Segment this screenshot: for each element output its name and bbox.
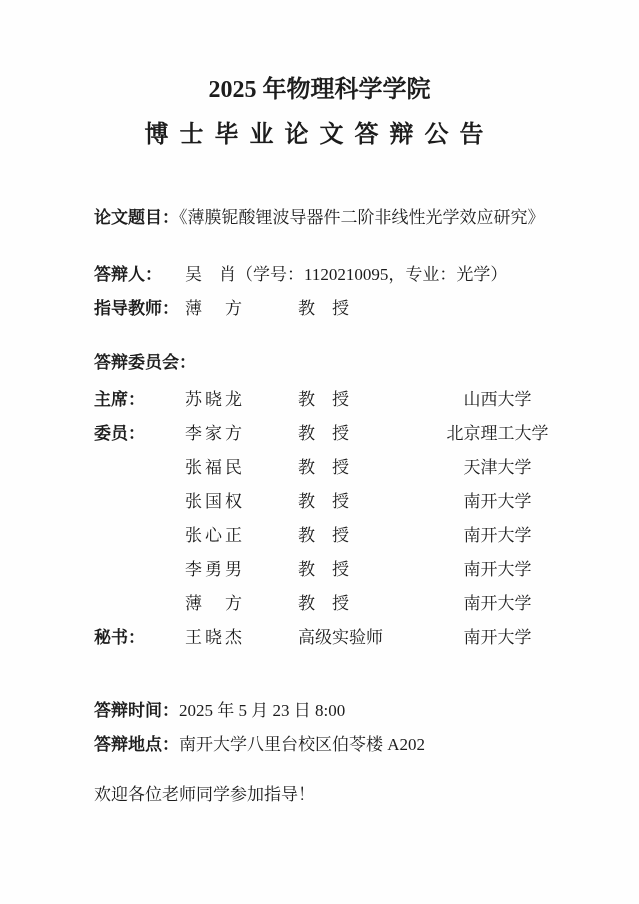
committee-member-title: 教 授 — [298, 521, 398, 546]
committee-member-title: 教 授 — [298, 555, 398, 580]
committee-member-title: 教 授 — [298, 589, 398, 614]
defendant-label: 答辩人： — [94, 260, 185, 285]
committee-member-name: 苏晓龙 — [185, 385, 298, 410]
committee-heading: 答辩委员会： — [94, 346, 597, 380]
committee-member-title: 教 授 — [298, 487, 398, 512]
committee-member-name: 张心正 — [185, 521, 298, 546]
committee-member-name: 张福民 — [185, 453, 298, 478]
committee-role: 秘书： — [94, 623, 185, 648]
thesis-topic-value: 《薄膜铌酸锂波导器件二阶非线性光学效应研究》 — [179, 208, 545, 227]
committee-member-name: 李勇男 — [185, 555, 298, 580]
defendant-value: 吴 肖（学号：1120210095，专业：光学） — [185, 260, 597, 285]
committee-member-affiliation: 北京理工大学 — [398, 419, 597, 444]
committee-member-affiliation: 南开大学 — [398, 555, 597, 580]
committee-row: 李勇男 教 授 南开大学 — [94, 550, 597, 584]
advisor-title: 教 授 — [298, 294, 398, 319]
defense-time-line: 答辩时间：2025 年 5 月 23 日 8:00 — [94, 691, 597, 725]
committee-role: 委员： — [94, 419, 185, 444]
document-title-line1: 2025 年物理科学学院 — [0, 0, 639, 106]
committee-row: 委员： 李家方 教 授 北京理工大学 — [94, 414, 597, 448]
closing-invitation: 欢迎各位老师同学参加指导！ — [94, 778, 597, 812]
committee-member-name: 薄 方 — [185, 589, 298, 614]
committee-member-name: 张国权 — [185, 487, 298, 512]
defense-location-line: 答辩地点：南开大学八里台校区伯苓楼 A202 — [94, 725, 597, 759]
defense-location-label: 答辩地点： — [94, 730, 179, 755]
committee-member-affiliation: 南开大学 — [398, 623, 597, 648]
defense-time-value: 2025 年 5 月 23 日 8:00 — [179, 696, 345, 721]
committee-member-name: 王晓杰 — [185, 623, 298, 648]
defense-time-label: 答辩时间： — [94, 696, 179, 721]
committee-member-name: 李家方 — [185, 419, 298, 444]
committee-row: 秘书： 王晓杰 高级实验师 南开大学 — [94, 618, 597, 652]
committee-member-affiliation: 山西大学 — [398, 385, 597, 410]
committee-row: 张福民 教 授 天津大学 — [94, 448, 597, 482]
committee-member-affiliation: 天津大学 — [398, 453, 597, 478]
document-title-line2: 博士毕业论文答辩公告 — [0, 119, 639, 151]
committee-table: 主席： 苏晓龙 教 授 山西大学 委员： 李家方 教 授 北京理工大学 张福民 … — [94, 380, 597, 652]
committee-member-affiliation: 南开大学 — [398, 589, 597, 614]
thesis-topic-label: 论文题目： — [94, 208, 179, 227]
advisor-name: 薄 方 — [185, 294, 298, 319]
committee-row: 张心正 教 授 南开大学 — [94, 516, 597, 550]
defense-location-value: 南开大学八里台校区伯苓楼 A202 — [179, 730, 425, 755]
committee-member-title: 教 授 — [298, 453, 398, 478]
committee-row: 张国权 教 授 南开大学 — [94, 482, 597, 516]
committee-role: 主席： — [94, 385, 185, 410]
document-body: 论文题目：《薄膜铌酸锂波导器件二阶非线性光学效应研究》 答辩人： 吴 肖（学号：… — [94, 206, 597, 812]
thesis-topic-line: 论文题目：《薄膜铌酸锂波导器件二阶非线性光学效应研究》 — [94, 206, 597, 230]
defendant-line: 答辩人： 吴 肖（学号：1120210095，专业：光学） — [94, 255, 597, 289]
committee-member-title: 教 授 — [298, 419, 398, 444]
committee-member-affiliation: 南开大学 — [398, 521, 597, 546]
advisor-line: 指导教师： 薄 方 教 授 — [94, 289, 597, 323]
committee-member-affiliation: 南开大学 — [398, 487, 597, 512]
committee-row: 主席： 苏晓龙 教 授 山西大学 — [94, 380, 597, 414]
advisor-label: 指导教师： — [94, 294, 185, 319]
defense-announcement-document: 2025 年物理科学学院 博士毕业论文答辩公告 论文题目：《薄膜铌酸锂波导器件二… — [0, 0, 639, 904]
committee-member-title: 高级实验师 — [298, 623, 398, 648]
committee-row: 薄 方 教 授 南开大学 — [94, 584, 597, 618]
committee-member-title: 教 授 — [298, 385, 398, 410]
